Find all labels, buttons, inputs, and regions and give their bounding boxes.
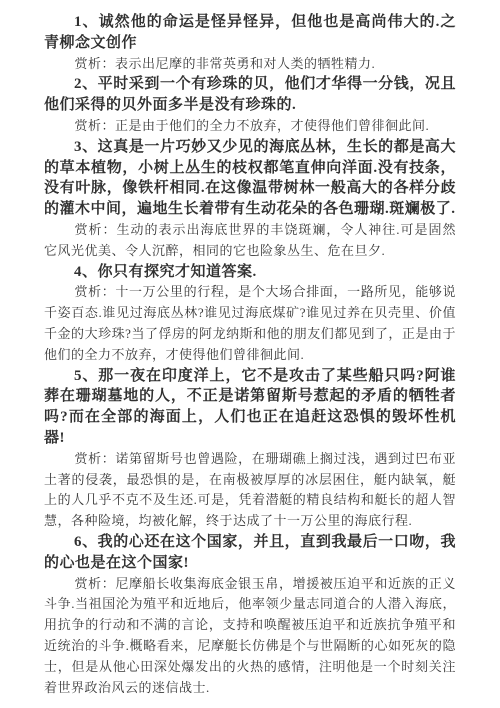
section-1: 1、诚然他的命运是怪异怪异，但他也是高尚伟大的.之青柳念文创作 赏析：表示出尼摩…: [44, 12, 456, 74]
document-page: 1、诚然他的命运是怪异怪异，但他也是高尚伟大的.之青柳念文创作 赏析：表示出尼摩…: [0, 0, 500, 708]
analysis-paragraph-1: 赏析：表示出尼摩的非常英勇和对人类的牺牲精力.: [44, 54, 456, 75]
question-paragraph-6: 6、我的心还在这个国家，并且，直到我最后一口吻，我的心也是在这个国家!: [44, 532, 456, 574]
analysis-paragraph-3: 赏析：生动的表示出海底世界的丰饶斑斓，令人神往.可是固然它风光优美、令人沉醉，相…: [44, 220, 456, 262]
question-paragraph-4: 4、你只有探究才知道答案.: [44, 262, 456, 283]
section-2: 2、平时采到一个有珍珠的贝，他们才华得一分钱，况且他们采得的贝外面多半是没有珍珠…: [44, 74, 456, 136]
section-5: 5、那一夜在印度洋上，它不是攻击了某些船只吗?阿谁葬在珊瑚墓地的人，不正是诺第留…: [44, 366, 456, 532]
analysis-paragraph-5: 赏析：诺第留斯号也曾遇险，在珊瑚礁上搁过浅，遇到过巴布亚土著的侵袭，最恐惧的是，…: [44, 449, 456, 532]
analysis-paragraph-6: 赏析：尼摩船长收集海底金银玉帛，增援被压迫平和近族的正义斗争.当祖国沦为殖平和近…: [44, 574, 456, 699]
question-paragraph-5: 5、那一夜在印度洋上，它不是攻击了某些船只吗?阿谁葬在珊瑚墓地的人，不正是诺第留…: [44, 366, 456, 449]
section-6: 6、我的心还在这个国家，并且，直到我最后一口吻，我的心也是在这个国家! 赏析：尼…: [44, 532, 456, 698]
analysis-paragraph-2: 赏析：正是由于他们的全力不放弃，才使得他们曾徘徊此间.: [44, 116, 456, 137]
section-3: 3、这真是一片巧妙又少见的海底丛林，生长的都是高大的草本植物，小树上丛生的枝权都…: [44, 137, 456, 262]
analysis-paragraph-4: 赏析：十一万公里的行程，是个大场合排面，一路所见，能够说千姿百态.谁见过海底丛林…: [44, 282, 456, 365]
question-paragraph-3: 3、这真是一片巧妙又少见的海底丛林，生长的都是高大的草本植物，小树上丛生的枝权都…: [44, 137, 456, 220]
question-paragraph-1: 1、诚然他的命运是怪异怪异，但他也是高尚伟大的.之青柳念文创作: [44, 12, 456, 54]
section-4: 4、你只有探究才知道答案. 赏析：十一万公里的行程，是个大场合排面，一路所见，能…: [44, 262, 456, 366]
question-paragraph-2: 2、平时采到一个有珍珠的贝，他们才华得一分钱，况且他们采得的贝外面多半是没有珍珠…: [44, 74, 456, 116]
